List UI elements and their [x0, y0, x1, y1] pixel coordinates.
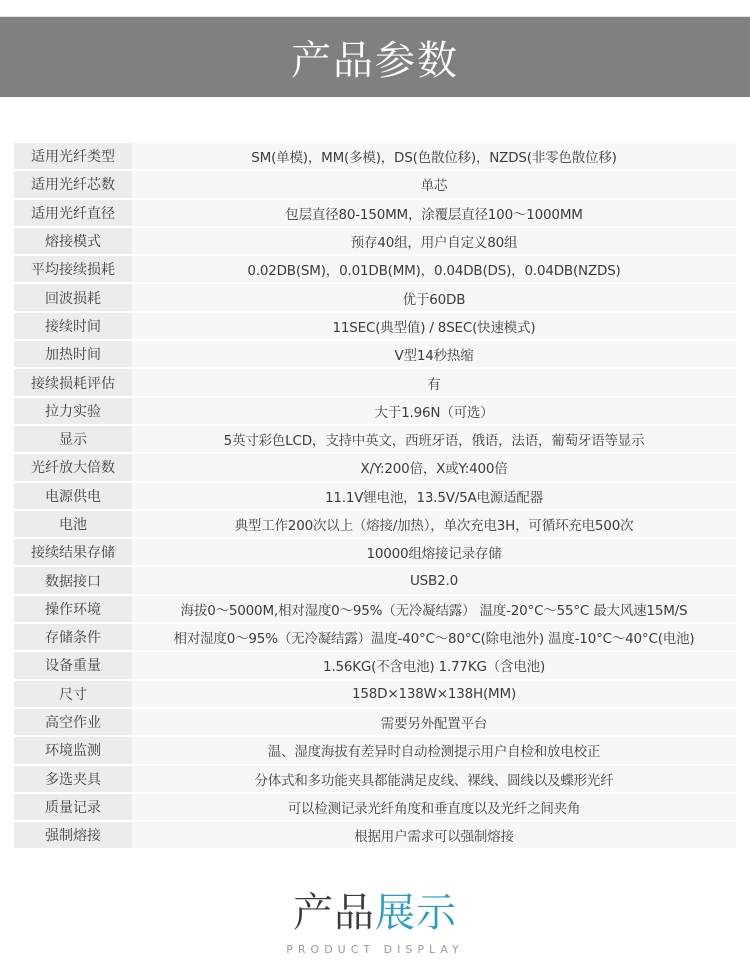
spec-label: 电池: [14, 511, 132, 537]
spec-row: 显示5英寸彩色LCD，支持中英文，西班牙语，俄语，法语，葡萄牙语等显示: [14, 426, 736, 452]
spec-table: 适用光纤类型SM(单模)，MM(多模)，DS(色散位移)，NZDS(非零色散位移…: [14, 143, 736, 850]
spec-row: 适用光纤类型SM(单模)，MM(多模)，DS(色散位移)，NZDS(非零色散位移…: [14, 143, 736, 169]
spec-label: 环境监测: [14, 737, 132, 763]
spec-label: 高空作业: [14, 709, 132, 735]
spec-value: 分体式和多功能夹具都能满足皮线、裸线、圆线以及蝶形光纤: [132, 766, 736, 792]
spec-label: 适用光纤类型: [14, 143, 132, 169]
spec-value: 大于1.96N（可选）: [132, 398, 736, 424]
product-display-subtitle: PRODUCT DISPLAY: [0, 943, 750, 956]
spec-value: 包层直径80-150MM，涂覆层直径100～1000MM: [132, 200, 736, 226]
spec-row: 电池典型工作200次以上（熔接/加热），单次充电3H，可循环充电500次: [14, 511, 736, 537]
spec-value: 相对湿度0～95%（无冷凝结露）温度-40°C～80°C(除电池外) 温度-10…: [132, 624, 736, 650]
spec-value: USB2.0: [132, 567, 736, 593]
section-title: 产品参数: [291, 29, 459, 86]
product-display-title: 产品展示: [0, 885, 750, 941]
spec-value: 可以检测记录光纤角度和垂直度以及光纤之间夹角: [132, 794, 736, 820]
spec-value: 158D×138W×138H(MM): [132, 681, 736, 707]
spec-row: 高空作业需要另外配置平台: [14, 709, 736, 735]
spec-label: 光纤放大倍数: [14, 454, 132, 480]
spec-label: 接续时间: [14, 313, 132, 339]
spec-row: 回波损耗优于60DB: [14, 284, 736, 310]
spec-row: 电源供电11.1V锂电池，13.5V/5A电源适配器: [14, 483, 736, 509]
spec-value: 温、湿度海拔有差异时自动检测提示用户自检和放电校正: [132, 737, 736, 763]
spec-row: 接续结果存储10000组熔接记录存储: [14, 539, 736, 565]
spec-label: 显示: [14, 426, 132, 452]
spec-label: 平均接续损耗: [14, 256, 132, 282]
spec-row: 尺寸158D×138W×138H(MM): [14, 681, 736, 707]
product-display-header: 产品展示 PRODUCT DISPLAY: [0, 885, 750, 956]
spec-row: 质量记录可以检测记录光纤角度和垂直度以及光纤之间夹角: [14, 794, 736, 820]
spec-label: 电源供电: [14, 483, 132, 509]
spec-label: 多选夹具: [14, 766, 132, 792]
spec-value: 需要另外配置平台: [132, 709, 736, 735]
title-accent-part: 展示: [375, 890, 457, 936]
spec-value: 1.56KG(不含电池) 1.77KG（含电池): [132, 652, 736, 678]
spec-value: 优于60DB: [132, 284, 736, 310]
spec-label: 设备重量: [14, 652, 132, 678]
title-dark-part: 产品: [293, 890, 375, 936]
spec-value: 预存40组，用户自定义80组: [132, 228, 736, 254]
spec-value: 10000组熔接记录存储: [132, 539, 736, 565]
spec-row: 数据接口USB2.0: [14, 567, 736, 593]
spec-label: 接续损耗评估: [14, 369, 132, 395]
spec-value: 有: [132, 369, 736, 395]
spec-value: 海拔0～5000M,相对湿度0～95%（无冷凝结露） 温度-20°C～55°C …: [132, 596, 736, 622]
spec-value: 典型工作200次以上（熔接/加热），单次充电3H，可循环充电500次: [132, 511, 736, 537]
spec-row: 设备重量1.56KG(不含电池) 1.77KG（含电池): [14, 652, 736, 678]
spec-label: 强制熔接: [14, 822, 132, 848]
spec-label: 尺寸: [14, 681, 132, 707]
section-header-banner: 产品参数: [0, 17, 750, 97]
spec-value: 0.02DB(SM)，0.01DB(MM)，0.04DB(DS)，0.04DB(…: [132, 256, 736, 282]
spec-value: 5英寸彩色LCD，支持中英文，西班牙语，俄语，法语，葡萄牙语等显示: [132, 426, 736, 452]
spec-label: 回波损耗: [14, 284, 132, 310]
spec-row: 操作环境海拔0～5000M,相对湿度0～95%（无冷凝结露） 温度-20°C～5…: [14, 596, 736, 622]
spec-row: 强制熔接根据用户需求可以强制熔接: [14, 822, 736, 848]
spec-label: 加热时间: [14, 341, 132, 367]
spec-row: 拉力实验大于1.96N（可选）: [14, 398, 736, 424]
spec-value: 根据用户需求可以强制熔接: [132, 822, 736, 848]
spec-value: SM(单模)，MM(多模)，DS(色散位移)，NZDS(非零色散位移): [132, 143, 736, 169]
spec-label: 接续结果存储: [14, 539, 132, 565]
spec-label: 操作环境: [14, 596, 132, 622]
spec-label: 适用光纤直径: [14, 200, 132, 226]
spec-row: 接续损耗评估有: [14, 369, 736, 395]
spec-row: 多选夹具分体式和多功能夹具都能满足皮线、裸线、圆线以及蝶形光纤: [14, 766, 736, 792]
spec-value: V型14秒热缩: [132, 341, 736, 367]
spec-row: 接续时间11SEC(典型值) / 8SEC(快速模式): [14, 313, 736, 339]
spec-value: 单芯: [132, 171, 736, 197]
spec-label: 适用光纤芯数: [14, 171, 132, 197]
spec-row: 加热时间V型14秒热缩: [14, 341, 736, 367]
spec-row: 熔接模式预存40组，用户自定义80组: [14, 228, 736, 254]
spec-label: 拉力实验: [14, 398, 132, 424]
spec-value: X/Y:200倍，X或Y:400倍: [132, 454, 736, 480]
spec-value: 11.1V锂电池，13.5V/5A电源适配器: [132, 483, 736, 509]
spec-row: 适用光纤芯数单芯: [14, 171, 736, 197]
spec-label: 熔接模式: [14, 228, 132, 254]
spec-label: 质量记录: [14, 794, 132, 820]
spec-row: 环境监测温、湿度海拔有差异时自动检测提示用户自检和放电校正: [14, 737, 736, 763]
spec-row: 适用光纤直径包层直径80-150MM，涂覆层直径100～1000MM: [14, 200, 736, 226]
spec-row: 存储条件相对湿度0～95%（无冷凝结露）温度-40°C～80°C(除电池外) 温…: [14, 624, 736, 650]
spec-value: 11SEC(典型值) / 8SEC(快速模式): [132, 313, 736, 339]
spec-row: 平均接续损耗0.02DB(SM)，0.01DB(MM)，0.04DB(DS)，0…: [14, 256, 736, 282]
spec-label: 数据接口: [14, 567, 132, 593]
spec-row: 光纤放大倍数X/Y:200倍，X或Y:400倍: [14, 454, 736, 480]
spec-label: 存储条件: [14, 624, 132, 650]
